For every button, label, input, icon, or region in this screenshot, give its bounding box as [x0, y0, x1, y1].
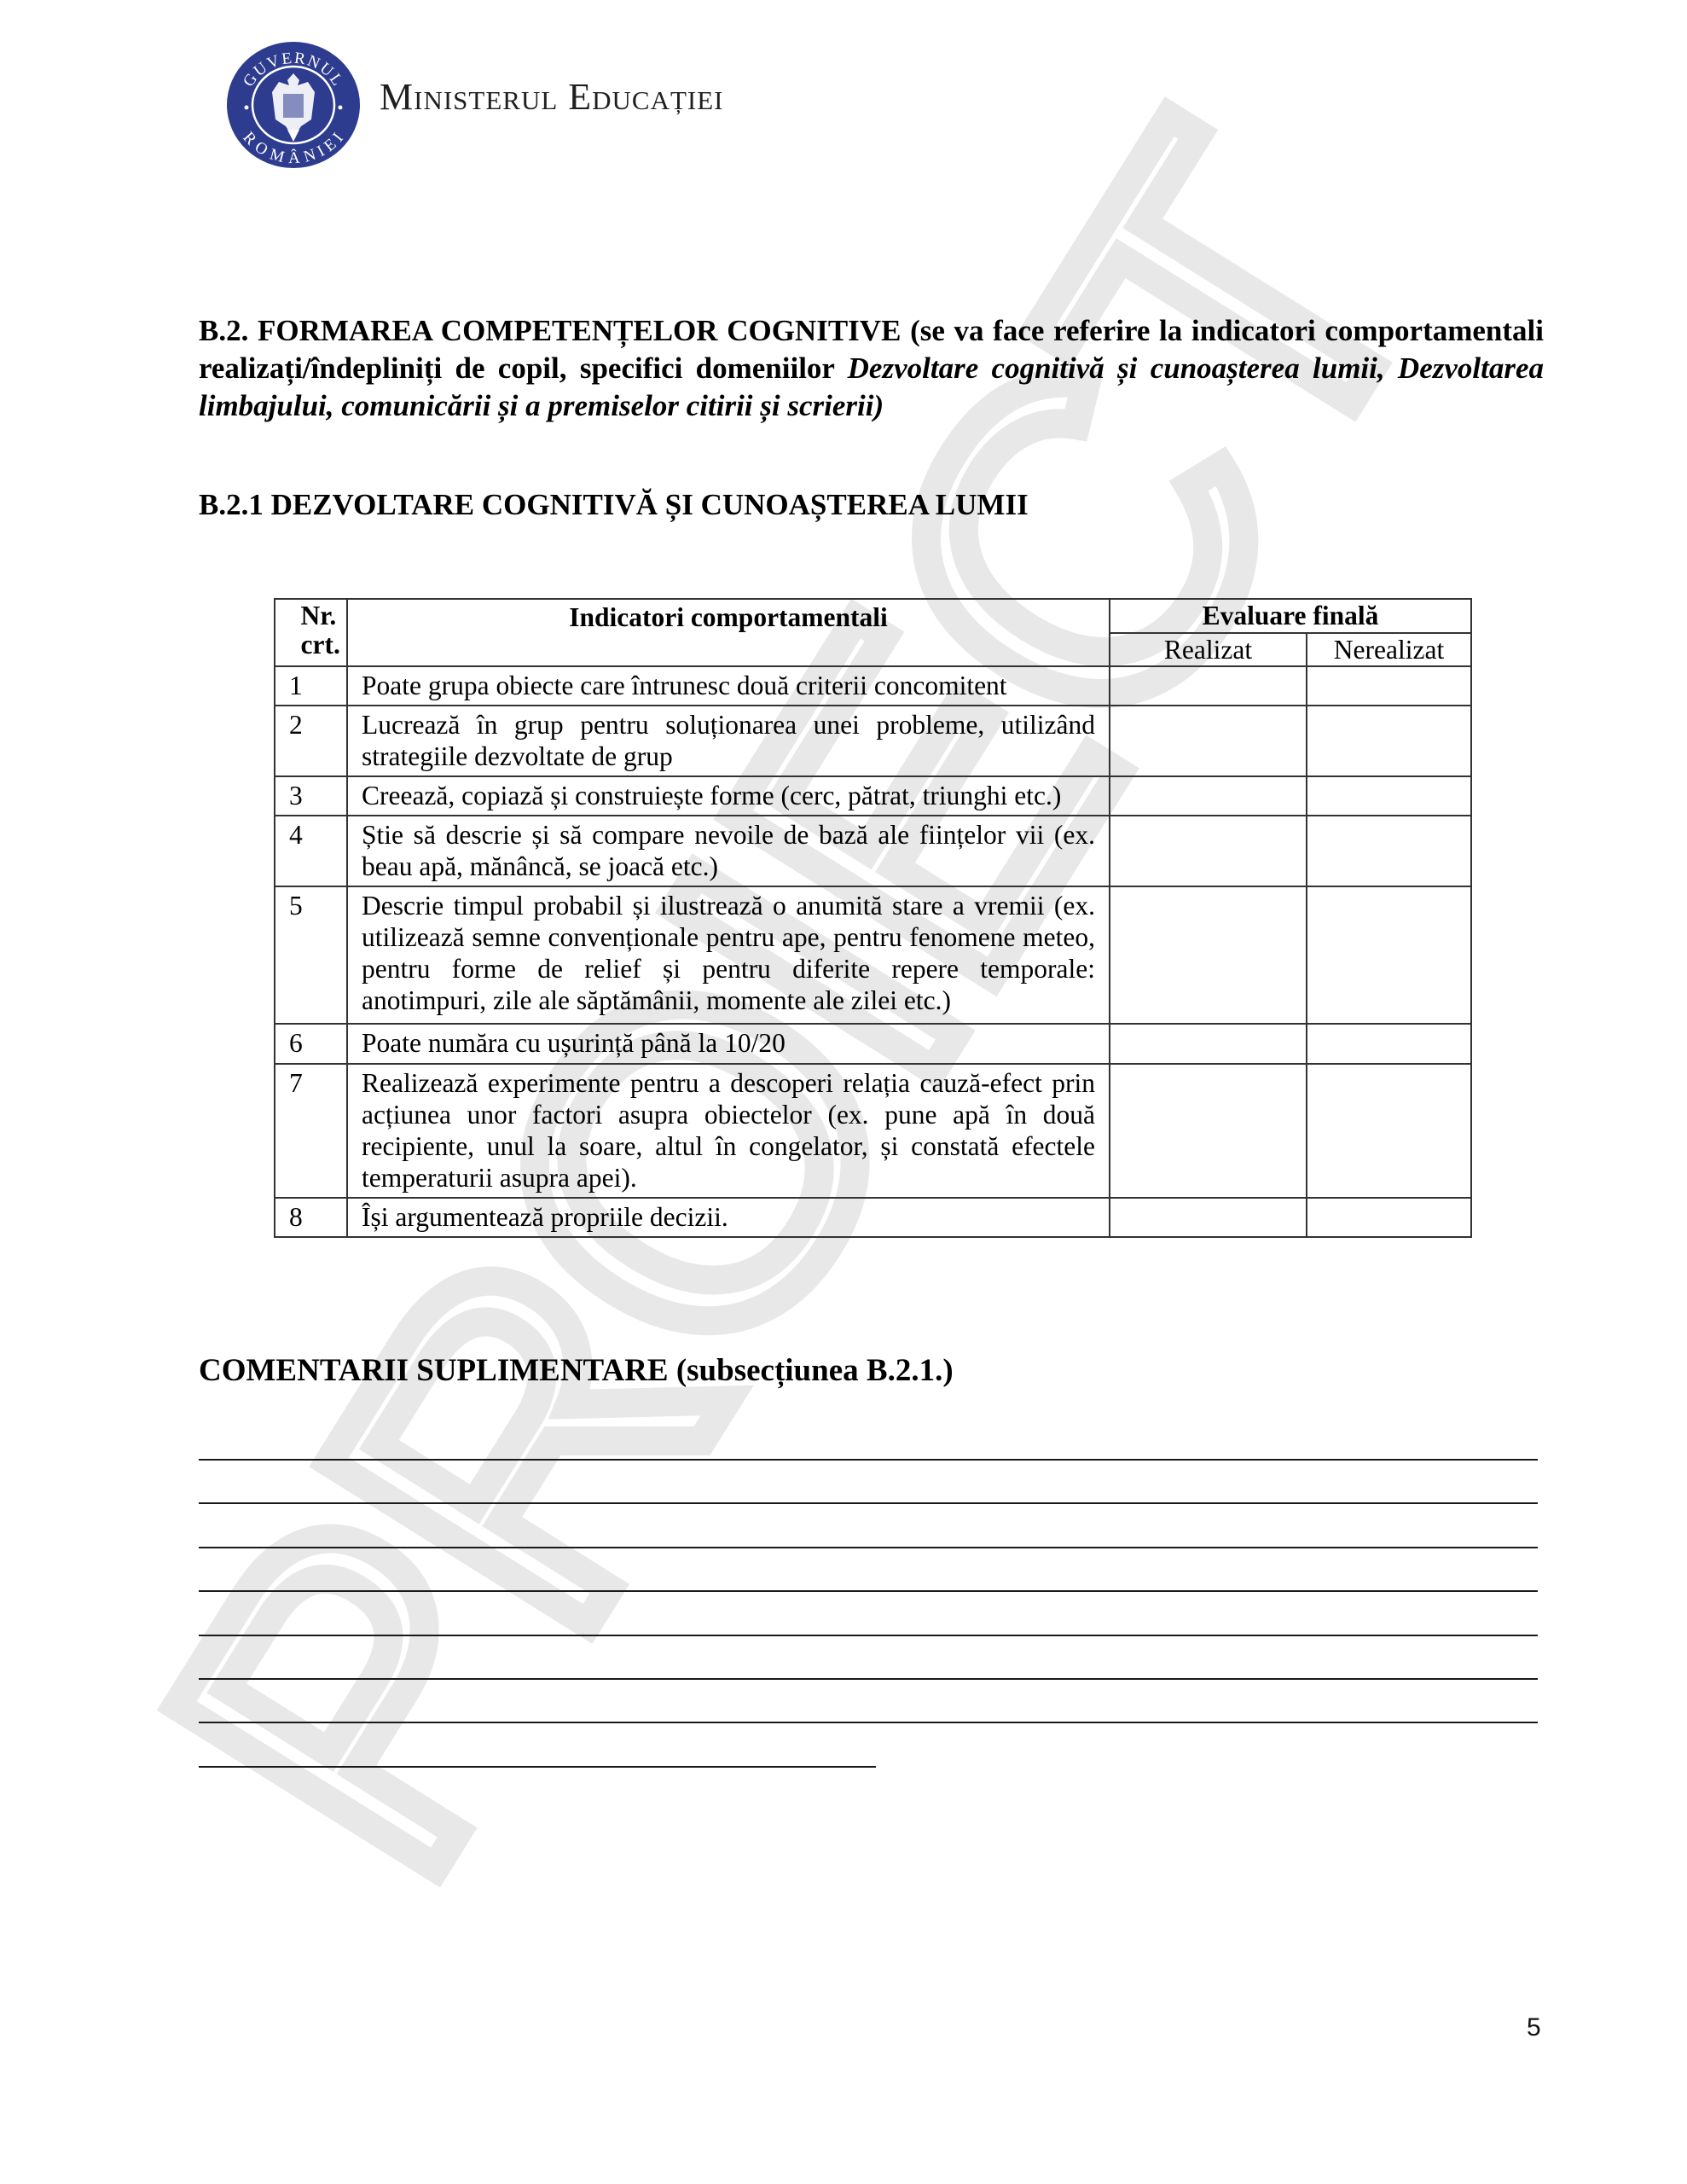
nerealizat-cell[interactable] — [1307, 886, 1471, 1024]
realizat-cell[interactable] — [1110, 1198, 1307, 1237]
header-realizat: Realizat — [1110, 633, 1307, 666]
comment-line[interactable] — [199, 1459, 1538, 1461]
realizat-cell[interactable] — [1110, 1064, 1307, 1198]
nerealizat-cell[interactable] — [1307, 816, 1471, 886]
realizat-cell[interactable] — [1110, 706, 1307, 776]
realizat-cell[interactable] — [1110, 776, 1307, 816]
row-indicator: Descrie timpul probabil și ilustrează o … — [347, 886, 1110, 1024]
table-row: 5Descrie timpul probabil și ilustrează o… — [275, 886, 1471, 1024]
nerealizat-cell[interactable] — [1307, 1198, 1471, 1237]
header-evaluation: Evaluare finală — [1110, 599, 1471, 633]
row-number: 7 — [275, 1064, 347, 1198]
nerealizat-cell[interactable] — [1307, 666, 1471, 706]
row-number: 1 — [275, 666, 347, 706]
header-nerealizat: Nerealizat — [1307, 633, 1471, 666]
row-number: 2 — [275, 706, 347, 776]
nerealizat-cell[interactable] — [1307, 1064, 1471, 1198]
row-number: 3 — [275, 776, 347, 816]
table-row: 6Poate număra cu ușurință până la 10/20 — [275, 1024, 1471, 1064]
realizat-cell[interactable] — [1110, 816, 1307, 886]
header-nr-label: Nr. crt. — [301, 601, 335, 659]
table-row: 7Realizează experimente pentru a descope… — [275, 1064, 1471, 1198]
row-indicator: Realizează experimente pentru a descoper… — [347, 1064, 1110, 1198]
comment-line[interactable] — [199, 1547, 1538, 1548]
table-row: 2Lucrează în grup pentru soluționarea un… — [275, 706, 1471, 776]
comment-line[interactable] — [199, 1722, 1538, 1723]
nerealizat-cell[interactable] — [1307, 1024, 1471, 1064]
row-number: 6 — [275, 1024, 347, 1064]
row-number: 5 — [275, 886, 347, 1024]
page-number: 5 — [1527, 2013, 1541, 2042]
ministry-name: Ministerul Educației — [380, 75, 724, 119]
row-indicator: Creează, copiază și construiește forme (… — [347, 776, 1110, 816]
comment-line[interactable] — [199, 1678, 1538, 1680]
row-number: 8 — [275, 1198, 347, 1237]
section-intro: B.2. FORMAREA COMPETENȚELOR COGNITIVE (s… — [199, 312, 1544, 425]
table-row: 3Creează, copiază și construiește forme … — [275, 776, 1471, 816]
table-row: 4Știe să descrie și să compare nevoile d… — [275, 816, 1471, 886]
indicators-table: Nr. crt. Indicatori comportamentali Eval… — [274, 598, 1472, 1238]
header-indicators: Indicatori comportamentali — [347, 599, 1110, 666]
nerealizat-cell[interactable] — [1307, 776, 1471, 816]
comments-title: COMENTARII SUPLIMENTARE (subsecțiunea B.… — [199, 1352, 954, 1389]
row-indicator: Știe să descrie și să compare nevoile de… — [347, 816, 1110, 886]
row-indicator: Își argumentează propriile decizii. — [347, 1198, 1110, 1237]
row-indicator: Poate grupa obiecte care întrunesc două … — [347, 666, 1110, 706]
realizat-cell[interactable] — [1110, 886, 1307, 1024]
row-indicator: Lucrează în grup pentru soluționarea une… — [347, 706, 1110, 776]
row-indicator: Poate număra cu ușurință până la 10/20 — [347, 1024, 1110, 1064]
table-row: 8Își argumentează propriile decizii. — [275, 1198, 1471, 1237]
comment-line[interactable] — [199, 1635, 1538, 1636]
table-row: 1Poate grupa obiecte care întrunesc două… — [275, 666, 1471, 706]
comment-line[interactable] — [199, 1502, 1538, 1504]
subsection-heading: B.2.1 DEZVOLTARE COGNITIVĂ ȘI CUNOAȘTERE… — [199, 488, 1029, 522]
coat-of-arms-icon: GUVERNUL ROMÂNIEI — [226, 41, 361, 169]
nerealizat-cell[interactable] — [1307, 706, 1471, 776]
government-seal-logo: GUVERNUL ROMÂNIEI — [226, 41, 361, 169]
comment-line[interactable] — [199, 1590, 1538, 1592]
comment-line[interactable] — [199, 1766, 876, 1768]
row-number: 4 — [275, 816, 347, 886]
realizat-cell[interactable] — [1110, 666, 1307, 706]
header-nr-crt: Nr. crt. — [275, 599, 347, 666]
realizat-cell[interactable] — [1110, 1024, 1307, 1064]
